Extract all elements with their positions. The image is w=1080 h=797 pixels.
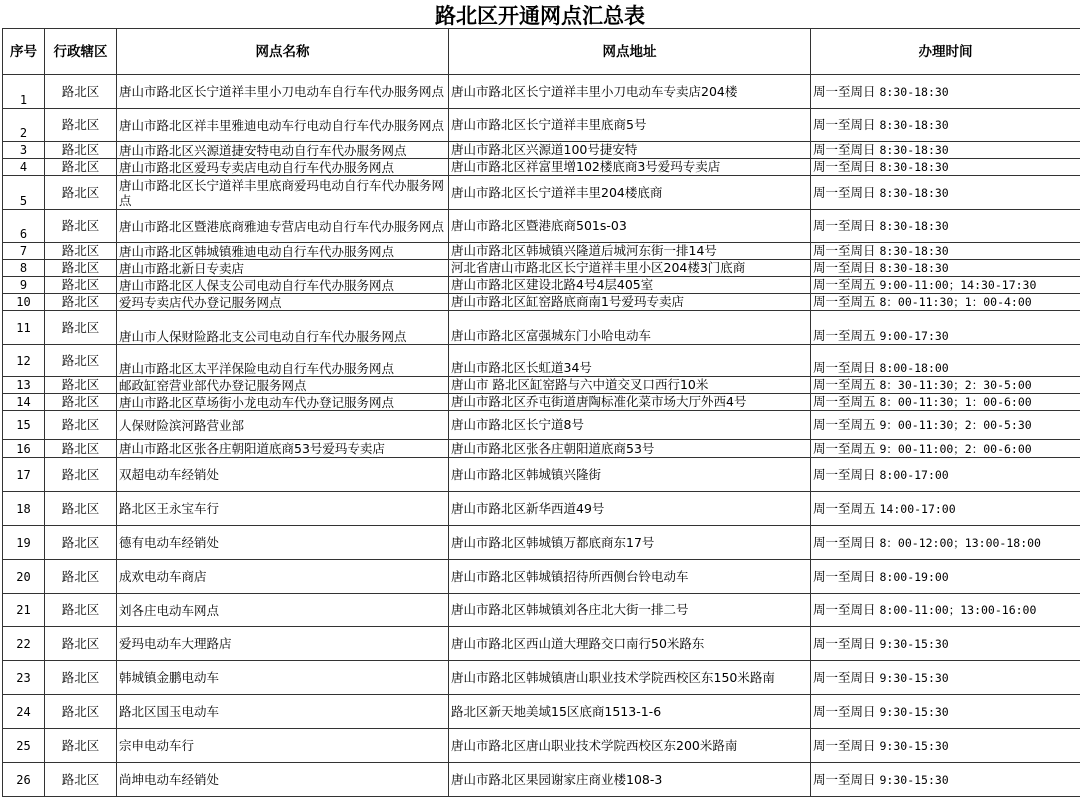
hours-days: 周一至周日 xyxy=(813,738,876,753)
header-name: 网点名称 xyxy=(117,29,449,75)
cell-address: 唐山市路北区新华西道49号 xyxy=(449,492,811,526)
cell-index: 5 xyxy=(3,176,45,210)
hours-days: 周一至周日 xyxy=(813,117,876,132)
cell-index: 1 xyxy=(3,75,45,109)
cell-district: 路北区 xyxy=(45,210,117,243)
cell-address: 唐山市路北区韩城镇兴隆街 xyxy=(449,458,811,492)
cell-name: 唐山市路北区韩城镇雅迪电动自行车代办服务网点 xyxy=(117,243,449,260)
cell-district: 路北区 xyxy=(45,458,117,492)
hours-days: 周一至周日 xyxy=(813,185,876,200)
hours-time: 9:30-15:30 xyxy=(880,637,949,651)
cell-index: 6 xyxy=(3,210,45,243)
service-points-table: 序号 行政辖区 网点名称 网点地址 办理时间 1路北区唐山市路北区长宁道祥丰里小… xyxy=(2,28,1080,797)
hours-days: 周一至周五 xyxy=(813,501,876,516)
cell-hours: 周一至周五 8：00-11:30；1：00-6:00 xyxy=(811,394,1080,411)
cell-hours: 周一至周日 8：00-12:00；13:00-18:00 xyxy=(811,526,1080,560)
cell-index: 24 xyxy=(3,695,45,729)
hours-days: 周一至周日 xyxy=(813,772,876,787)
cell-address: 河北省唐山市路北区长宁道祥丰里小区204楼3门底商 xyxy=(449,260,811,277)
hours-time: 8:30-18:30 xyxy=(880,219,949,233)
cell-address: 唐山市路北区韩城镇兴隆道后城河东街一排14号 xyxy=(449,243,811,260)
cell-name: 唐山市路北区暨港底商雅迪专营店电动自行车代办服务网点 xyxy=(117,210,449,243)
cell-address: 唐山市路北区长虹道34号 xyxy=(449,345,811,377)
cell-hours: 周一至周日 8:30-18:30 xyxy=(811,75,1080,109)
cell-name: 唐山市路北区兴源道捷安特电动自行车代办服务网点 xyxy=(117,142,449,159)
cell-hours: 周一至周日 8:30-18:30 xyxy=(811,142,1080,159)
cell-district: 路北区 xyxy=(45,109,117,142)
table-row: 10路北区爱玛专卖店代办登记服务网点唐山市路北区缸窑路底商南1号爱玛专卖店周一至… xyxy=(3,294,1080,311)
cell-index: 2 xyxy=(3,109,45,142)
table-row: 15路北区人保财险滨河路营业部唐山市路北区长宁道8号周一至周五 9：00-11:… xyxy=(3,411,1080,440)
hours-days: 周一至周五 xyxy=(813,377,876,392)
cell-index: 21 xyxy=(3,594,45,627)
cell-index: 10 xyxy=(3,294,45,311)
cell-district: 路北区 xyxy=(45,159,117,176)
cell-hours: 周一至周日 8:00-18:00 xyxy=(811,345,1080,377)
hours-time: 8:30-18:30 xyxy=(880,85,949,99)
cell-address: 唐山市路北区长宁道祥丰里204楼底商 xyxy=(449,176,811,210)
table-row: 7路北区唐山市路北区韩城镇雅迪电动自行车代办服务网点唐山市路北区韩城镇兴隆道后城… xyxy=(3,243,1080,260)
cell-hours: 周一至周日 8:30-18:30 xyxy=(811,176,1080,210)
cell-index: 13 xyxy=(3,377,45,394)
cell-index: 17 xyxy=(3,458,45,492)
cell-district: 路北区 xyxy=(45,277,117,294)
cell-hours: 周一至周五 9：00-11:30；2：00-5:30 xyxy=(811,411,1080,440)
hours-days: 周一至周五 xyxy=(813,328,876,343)
table-row: 12路北区唐山市路北区太平洋保险电动自行车代办服务网点唐山市路北区长虹道34号周… xyxy=(3,345,1080,377)
cell-district: 路北区 xyxy=(45,594,117,627)
cell-address: 唐山市路北区张各庄朝阳道底商53号 xyxy=(449,440,811,458)
cell-index: 18 xyxy=(3,492,45,526)
hours-days: 周一至周日 xyxy=(813,535,876,550)
cell-name: 唐山市路北区爱玛专卖店电动自行车代办服务网点 xyxy=(117,159,449,176)
cell-index: 14 xyxy=(3,394,45,411)
cell-name: 唐山市路北区张各庄朝阳道底商53号爱玛专卖店 xyxy=(117,440,449,458)
cell-district: 路北区 xyxy=(45,440,117,458)
hours-time: 8:00-18:00 xyxy=(880,361,949,375)
cell-name: 德有电动车经销处 xyxy=(117,526,449,560)
cell-hours: 周一至周日 9:30-15:30 xyxy=(811,729,1080,763)
table-header-row: 序号 行政辖区 网点名称 网点地址 办理时间 xyxy=(3,29,1080,75)
hours-time: 9:30-15:30 xyxy=(880,739,949,753)
cell-district: 路北区 xyxy=(45,729,117,763)
table-row: 21路北区刘各庄电动车网点唐山市路北区韩城镇刘各庄北大街一排二号周一至周日 8:… xyxy=(3,594,1080,627)
table-row: 5路北区唐山市路北区长宁道祥丰里底商爱玛电动自行车代办服务网点唐山市路北区长宁道… xyxy=(3,176,1080,210)
hours-time: 8:30-18:30 xyxy=(880,143,949,157)
table-row: 1路北区唐山市路北区长宁道祥丰里小刀电动车自行车代办服务网点唐山市路北区长宁道祥… xyxy=(3,75,1080,109)
table-row: 13路北区邮政缸窑营业部代办登记服务网点唐山市 路北区缸窑路与六中道交叉口西行1… xyxy=(3,377,1080,394)
cell-name: 韩城镇金鹏电动车 xyxy=(117,661,449,695)
table-row: 26路北区尚坤电动车经销处唐山市路北区果园谢家庄商业楼108-3周一至周日 9:… xyxy=(3,763,1080,797)
hours-days: 周一至周五 xyxy=(813,417,876,432)
table-row: 20路北区成欢电动车商店唐山市路北区韩城镇招待所西侧台铃电动车周一至周日 8:0… xyxy=(3,560,1080,594)
cell-address: 唐山市路北区韩城镇刘各庄北大街一排二号 xyxy=(449,594,811,627)
hours-time: 9:30-15:30 xyxy=(880,773,949,787)
hours-time: 8:00-11:00；13:00-16:00 xyxy=(880,603,1037,617)
hours-time: 8:30-18:30 xyxy=(880,160,949,174)
cell-district: 路北区 xyxy=(45,661,117,695)
cell-address: 唐山市 路北区缸窑路与六中道交叉口西行10米 xyxy=(449,377,811,394)
cell-address: 唐山市路北区韩城镇万都底商东17号 xyxy=(449,526,811,560)
cell-index: 15 xyxy=(3,411,45,440)
hours-time: 8：00-11:30；1：00-6:00 xyxy=(880,395,1032,409)
cell-index: 22 xyxy=(3,627,45,661)
cell-index: 16 xyxy=(3,440,45,458)
table-body: 1路北区唐山市路北区长宁道祥丰里小刀电动车自行车代办服务网点唐山市路北区长宁道祥… xyxy=(3,75,1080,797)
cell-district: 路北区 xyxy=(45,176,117,210)
hours-days: 周一至周日 xyxy=(813,670,876,685)
cell-hours: 周一至周五 9:00-17:30 xyxy=(811,311,1080,345)
cell-district: 路北区 xyxy=(45,492,117,526)
cell-name: 爱玛电动车大理路店 xyxy=(117,627,449,661)
cell-name: 邮政缸窑营业部代办登记服务网点 xyxy=(117,377,449,394)
table-row: 9路北区唐山市路北区人保支公司电动自行车代办服务网点唐山市路北区建设北路4号4层… xyxy=(3,277,1080,294)
hours-days: 周一至周日 xyxy=(813,360,876,375)
hours-days: 周一至周日 xyxy=(813,467,876,482)
header-hours: 办理时间 xyxy=(811,29,1080,75)
table-row: 23路北区韩城镇金鹏电动车唐山市路北区韩城镇唐山职业技术学院西校区东150米路南… xyxy=(3,661,1080,695)
hours-time: 9:00-11:00；14:30-17:30 xyxy=(880,278,1037,292)
table-row: 6路北区唐山市路北区暨港底商雅迪专营店电动自行车代办服务网点唐山市路北区暨港底商… xyxy=(3,210,1080,243)
cell-index: 11 xyxy=(3,311,45,345)
cell-address: 唐山市路北区富强城东门小哈电动车 xyxy=(449,311,811,345)
cell-address: 唐山市路北区韩城镇招待所西侧台铃电动车 xyxy=(449,560,811,594)
cell-name: 爱玛专卖店代办登记服务网点 xyxy=(117,294,449,311)
cell-hours: 周一至周日 8:30-18:30 xyxy=(811,109,1080,142)
cell-district: 路北区 xyxy=(45,311,117,345)
hours-days: 周一至周日 xyxy=(813,84,876,99)
table-row: 19路北区德有电动车经销处唐山市路北区韩城镇万都底商东17号周一至周日 8：00… xyxy=(3,526,1080,560)
cell-district: 路北区 xyxy=(45,560,117,594)
cell-hours: 周一至周日 8:00-19:00 xyxy=(811,560,1080,594)
cell-name: 唐山市路北区长宁道祥丰里底商爱玛电动自行车代办服务网点 xyxy=(117,176,449,210)
cell-index: 19 xyxy=(3,526,45,560)
cell-address: 唐山市路北区西山道大理路交口南行50米路东 xyxy=(449,627,811,661)
cell-hours: 周一至周日 8:30-18:30 xyxy=(811,243,1080,260)
page-title: 路北区开通网点汇总表 xyxy=(0,0,1080,28)
cell-hours: 周一至周日 8:00-17:00 xyxy=(811,458,1080,492)
cell-district: 路北区 xyxy=(45,345,117,377)
cell-hours: 周一至周日 9:30-15:30 xyxy=(811,763,1080,797)
cell-hours: 周一至周五 9:00-11:00；14:30-17:30 xyxy=(811,277,1080,294)
hours-time: 9：00-11:30；2：00-5:30 xyxy=(880,418,1032,432)
hours-days: 周一至周五 xyxy=(813,277,876,292)
table-row: 14路北区唐山市路北区草场街小龙电动车代办登记服务网点唐山市路北区乔屯街道唐陶标… xyxy=(3,394,1080,411)
cell-name: 唐山市路北区祥丰里雅迪电动车行电动自行车代办服务网点 xyxy=(117,109,449,142)
hours-time: 8：30-11:30；2：30-5:00 xyxy=(880,378,1032,392)
header-address: 网点地址 xyxy=(449,29,811,75)
table-row: 16路北区唐山市路北区张各庄朝阳道底商53号爱玛专卖店唐山市路北区张各庄朝阳道底… xyxy=(3,440,1080,458)
cell-hours: 周一至周日 9:30-15:30 xyxy=(811,695,1080,729)
hours-days: 周一至周日 xyxy=(813,142,876,157)
cell-name: 唐山市人保财险路北支公司电动自行车代办服务网点 xyxy=(117,311,449,345)
cell-index: 4 xyxy=(3,159,45,176)
cell-address: 唐山市路北区长宁道8号 xyxy=(449,411,811,440)
hours-days: 周一至周日 xyxy=(813,218,876,233)
cell-name: 唐山市路北区太平洋保险电动自行车代办服务网点 xyxy=(117,345,449,377)
hours-days: 周一至周五 xyxy=(813,294,876,309)
cell-district: 路北区 xyxy=(45,377,117,394)
cell-name: 宗申电动车行 xyxy=(117,729,449,763)
cell-index: 23 xyxy=(3,661,45,695)
cell-district: 路北区 xyxy=(45,394,117,411)
header-index: 序号 xyxy=(3,29,45,75)
cell-hours: 周一至周日 9:30-15:30 xyxy=(811,627,1080,661)
table-row: 18路北区路北区王永宝车行唐山市路北区新华西道49号周一至周五 14:00-17… xyxy=(3,492,1080,526)
table-row: 3路北区唐山市路北区兴源道捷安特电动自行车代办服务网点唐山市路北区兴源道100号… xyxy=(3,142,1080,159)
hours-days: 周一至周日 xyxy=(813,159,876,174)
hours-time: 8：00-11:30；1：00-4:00 xyxy=(880,295,1032,309)
cell-address: 唐山市路北区果园谢家庄商业楼108-3 xyxy=(449,763,811,797)
hours-days: 周一至周日 xyxy=(813,569,876,584)
cell-address: 唐山市路北区祥富里增102楼底商3号爱玛专卖店 xyxy=(449,159,811,176)
table-row: 8路北区唐山市路北新日专卖店河北省唐山市路北区长宁道祥丰里小区204楼3门底商周… xyxy=(3,260,1080,277)
cell-name: 人保财险滨河路营业部 xyxy=(117,411,449,440)
hours-days: 周一至周日 xyxy=(813,260,876,275)
cell-name: 尚坤电动车经销处 xyxy=(117,763,449,797)
header-district: 行政辖区 xyxy=(45,29,117,75)
cell-district: 路北区 xyxy=(45,243,117,260)
hours-time: 9:30-15:30 xyxy=(880,671,949,685)
cell-address: 唐山市路北区建设北路4号4层405室 xyxy=(449,277,811,294)
table-row: 22路北区爱玛电动车大理路店唐山市路北区西山道大理路交口南行50米路东周一至周日… xyxy=(3,627,1080,661)
table-row: 11路北区唐山市人保财险路北支公司电动自行车代办服务网点唐山市路北区富强城东门小… xyxy=(3,311,1080,345)
cell-index: 8 xyxy=(3,260,45,277)
cell-address: 路北区新天地美域15区底商1513-1-6 xyxy=(449,695,811,729)
cell-hours: 周一至周五 14:00-17:00 xyxy=(811,492,1080,526)
cell-district: 路北区 xyxy=(45,695,117,729)
cell-address: 唐山市路北区唐山职业技术学院西校区东200米路南 xyxy=(449,729,811,763)
table-row: 2路北区唐山市路北区祥丰里雅迪电动车行电动自行车代办服务网点唐山市路北区长宁道祥… xyxy=(3,109,1080,142)
cell-district: 路北区 xyxy=(45,627,117,661)
hours-days: 周一至周日 xyxy=(813,704,876,719)
cell-hours: 周一至周日 8:30-18:30 xyxy=(811,210,1080,243)
cell-hours: 周一至周日 8:00-11:00；13:00-16:00 xyxy=(811,594,1080,627)
cell-hours: 周一至周五 9：00-11:00；2：00-6:00 xyxy=(811,440,1080,458)
cell-address: 唐山市路北区乔屯街道唐陶标准化菜市场大厅外西4号 xyxy=(449,394,811,411)
cell-district: 路北区 xyxy=(45,763,117,797)
cell-district: 路北区 xyxy=(45,526,117,560)
cell-district: 路北区 xyxy=(45,142,117,159)
table-row: 4路北区唐山市路北区爱玛专卖店电动自行车代办服务网点唐山市路北区祥富里增102楼… xyxy=(3,159,1080,176)
cell-hours: 周一至周五 8：30-11:30；2：30-5:00 xyxy=(811,377,1080,394)
hours-time: 8：00-12:00；13:00-18:00 xyxy=(880,536,1041,550)
hours-time: 8:30-18:30 xyxy=(880,118,949,132)
cell-address: 唐山市路北区韩城镇唐山职业技术学院西校区东150米路南 xyxy=(449,661,811,695)
cell-name: 唐山市路北新日专卖店 xyxy=(117,260,449,277)
cell-name: 唐山市路北区人保支公司电动自行车代办服务网点 xyxy=(117,277,449,294)
hours-time: 9:00-17:30 xyxy=(880,329,949,343)
cell-district: 路北区 xyxy=(45,260,117,277)
cell-name: 路北区国玉电动车 xyxy=(117,695,449,729)
cell-index: 20 xyxy=(3,560,45,594)
cell-address: 唐山市路北区兴源道100号捷安特 xyxy=(449,142,811,159)
hours-time: 8:30-18:30 xyxy=(880,186,949,200)
hours-days: 周一至周五 xyxy=(813,394,876,409)
table-row: 25路北区宗申电动车行唐山市路北区唐山职业技术学院西校区东200米路南周一至周日… xyxy=(3,729,1080,763)
cell-district: 路北区 xyxy=(45,411,117,440)
hours-time: 8:30-18:30 xyxy=(880,261,949,275)
cell-index: 25 xyxy=(3,729,45,763)
table-row: 17路北区双超电动车经销处唐山市路北区韩城镇兴隆街周一至周日 8:00-17:0… xyxy=(3,458,1080,492)
hours-days: 周一至周日 xyxy=(813,636,876,651)
cell-name: 唐山市路北区草场街小龙电动车代办登记服务网点 xyxy=(117,394,449,411)
hours-time: 8:00-17:00 xyxy=(880,468,949,482)
cell-name: 唐山市路北区长宁道祥丰里小刀电动车自行车代办服务网点 xyxy=(117,75,449,109)
cell-index: 3 xyxy=(3,142,45,159)
hours-time: 9：00-11:00；2：00-6:00 xyxy=(880,442,1032,456)
cell-index: 7 xyxy=(3,243,45,260)
cell-name: 刘各庄电动车网点 xyxy=(117,594,449,627)
cell-hours: 周一至周五 8：00-11:30；1：00-4:00 xyxy=(811,294,1080,311)
cell-name: 双超电动车经销处 xyxy=(117,458,449,492)
cell-address: 唐山市路北区长宁道祥丰里底商5号 xyxy=(449,109,811,142)
cell-address: 唐山市路北区长宁道祥丰里小刀电动车专卖店204楼 xyxy=(449,75,811,109)
hours-days: 周一至周日 xyxy=(813,602,876,617)
hours-time: 8:30-18:30 xyxy=(880,244,949,258)
hours-time: 9:30-15:30 xyxy=(880,705,949,719)
cell-index: 26 xyxy=(3,763,45,797)
hours-time: 8:00-19:00 xyxy=(880,570,949,584)
table-row: 24路北区路北区国玉电动车路北区新天地美域15区底商1513-1-6周一至周日 … xyxy=(3,695,1080,729)
cell-hours: 周一至周日 8:30-18:30 xyxy=(811,159,1080,176)
hours-days: 周一至周五 xyxy=(813,441,876,456)
cell-hours: 周一至周日 8:30-18:30 xyxy=(811,260,1080,277)
cell-district: 路北区 xyxy=(45,294,117,311)
cell-address: 唐山市路北区暨港底商501s-03 xyxy=(449,210,811,243)
cell-district: 路北区 xyxy=(45,75,117,109)
hours-days: 周一至周日 xyxy=(813,243,876,258)
cell-name: 成欢电动车商店 xyxy=(117,560,449,594)
cell-index: 9 xyxy=(3,277,45,294)
hours-time: 14:00-17:00 xyxy=(880,502,956,516)
cell-name: 路北区王永宝车行 xyxy=(117,492,449,526)
cell-address: 唐山市路北区缸窑路底商南1号爱玛专卖店 xyxy=(449,294,811,311)
cell-index: 12 xyxy=(3,345,45,377)
cell-hours: 周一至周日 9:30-15:30 xyxy=(811,661,1080,695)
